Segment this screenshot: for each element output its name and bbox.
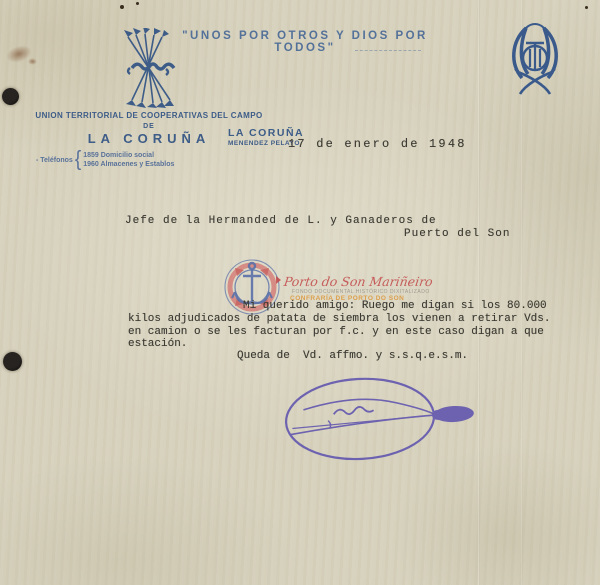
recipient-line1: Jefe de la Hermanded de L. y Ganaderos d…	[125, 215, 437, 227]
scanned-letter-page: "UNOS POR OTROS Y DIOS POR TODOS"	[0, 0, 600, 585]
phones-list: 1859 Domicilio social 1960 Almacenes y E…	[83, 151, 174, 169]
ink-stain-small	[28, 58, 37, 65]
phone-line: 1960 Almacenes y Establos	[83, 161, 174, 168]
recipient-line2: Puerto del Son	[404, 228, 510, 240]
paper-speck	[585, 6, 588, 9]
org-name-line1: UNION TERRITORIAL DE COOPERATIVAS DEL CA…	[16, 111, 282, 120]
paper-speck	[136, 2, 139, 5]
punch-hole-bottom	[3, 352, 22, 371]
motto-underline	[355, 50, 421, 51]
punch-hole-top	[2, 88, 19, 105]
body-line: estación.	[128, 338, 187, 350]
typed-date: 17 de enero de 1948	[288, 137, 467, 151]
phones-block: - Teléfonos { 1859 Domicilio social 1960…	[36, 149, 174, 171]
yoke-and-arrows-icon	[104, 28, 192, 108]
cooperative-wreath-icon	[506, 22, 564, 98]
paper-crease	[478, 0, 480, 585]
body-line: Mi querido amigo: Ruego me digan si los …	[243, 300, 547, 312]
phone-line: 1859 Domicilio social	[83, 152, 154, 159]
body-line: kilos adjudicados de patata de siembra l…	[128, 313, 550, 325]
body-line: en camion o se les facturan por f.c. y e…	[128, 326, 544, 338]
watermark-script-text: Porto do Son Mariñeiro	[283, 274, 434, 289]
signature-flourish	[278, 368, 488, 468]
phones-label: - Teléfonos	[36, 157, 73, 164]
paper-speck	[120, 5, 124, 9]
phones-brace: {	[75, 148, 81, 172]
closing-line: Queda de Vd. affmo. y s.s.q.e.s.m.	[237, 350, 468, 362]
watermark-flag-icon	[276, 276, 281, 284]
